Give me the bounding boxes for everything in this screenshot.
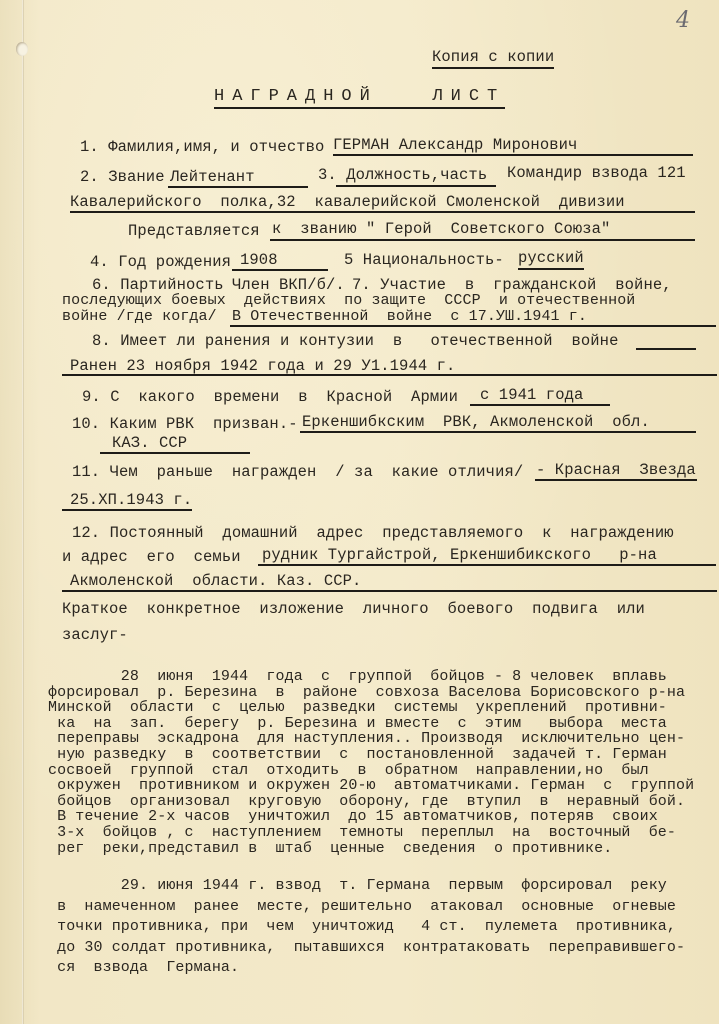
field-5-label: 5 Национальность- [344, 251, 504, 269]
field-12-value-line2: Акмоленской области. Каз. ССР. [70, 572, 361, 590]
document-title: НАГРАДНОЙ ЛИСТ [214, 88, 505, 109]
field-10-label: 10. Каким РВК призван.- [72, 415, 298, 433]
narrative-line: 28 июня 1944 года с группой бойцов - 8 ч… [48, 668, 667, 685]
field-2-label: 2. Звание [80, 168, 165, 186]
field-9-value: с 1941 года [480, 386, 583, 404]
field-12-rule [258, 564, 716, 566]
narrative-line: В течение 2-х часов уничтожил до 15 авто… [48, 808, 658, 825]
field-7-label-line2: последующих боевых действиях по защите С… [62, 292, 635, 309]
field-3-value-line1: Командир взвода 121 [507, 164, 686, 182]
punch-hole [16, 42, 28, 56]
field-10-rule [300, 431, 696, 433]
narrative-line: 3-х бойцов , с наступлением темноты пере… [48, 824, 676, 841]
field-7-value: В Отечественной войне с 17.УШ.1941 г. [232, 308, 587, 325]
narrative-line: в намеченном ранее месте, решительно ата… [48, 898, 676, 915]
narrative-line: точки противника, при чем уничтожид 4 ст… [48, 918, 676, 935]
field-7-label-line3: войне /где когда/ [62, 308, 217, 325]
nomination-rule [270, 239, 695, 241]
field-10-value-line1: Еркеншибкским РВК, Акмоленской обл. [302, 413, 650, 431]
field-11-rule-2 [62, 509, 192, 511]
narrative-line: ную разведку в соответствии с постановле… [48, 746, 667, 763]
field-12-label-line1: 12. Постоянный домашний адрес представля… [72, 524, 674, 542]
narrative-line: бойцов организовал круговую оборону, где… [48, 793, 685, 810]
field-4-rule [232, 269, 328, 271]
field-4-label: 4. Год рождения [90, 253, 231, 271]
field-1-label: 1. Фамилия,имя, и отчество [80, 138, 324, 156]
field-3-value-line2: Кавалерийского полка,32 кавалерийской См… [70, 193, 625, 211]
narrative-line: до 30 солдат противника, пытавшихся конт… [48, 939, 685, 956]
field-3-rule [336, 185, 496, 187]
narrative-line: форсировал р. Березина в районе совхоза … [48, 684, 685, 701]
field-12-value-line1: рудник Тургайстрой, Еркеншибикского р-на [262, 546, 657, 564]
narrative-line: ся взвода Германа. [48, 959, 239, 976]
narrative-line: окружен противником и окружен 20-ю автом… [48, 777, 694, 794]
field-8-rule-short [636, 348, 696, 350]
field-12-label-line2: и адрес его семьи [62, 548, 241, 566]
narrative-line: Минской области с целью разведки системы… [48, 699, 667, 716]
page-fold [22, 0, 24, 1024]
copy-note: Копия с копии [432, 48, 554, 69]
page-number: 4 [676, 8, 690, 33]
field-10-rule-2 [100, 452, 250, 454]
field-12-rule-2 [62, 590, 717, 592]
narrative-line: переправы эскадрона для наступления.. Пр… [48, 730, 685, 747]
nomination-label: Представляется [128, 222, 260, 240]
summary-heading-line1: Краткое конкретное изложение личного бое… [62, 600, 645, 618]
narrative-line: рег реки,представил в штаб ценные сведен… [48, 840, 612, 857]
narrative-line: 29. июня 1944 г. взвод т. Германа первым… [48, 877, 667, 894]
field-4-value: 1908 [240, 251, 278, 269]
summary-heading-line2: заслуг- [62, 626, 128, 644]
field-8-label: 8. Имеет ли ранения и контузии в отечест… [92, 332, 618, 350]
narrative-line: сосвоей группой стал отходить в обратном… [48, 762, 649, 779]
field-11-label: 11. Чем раньше награжден / за какие отли… [72, 463, 523, 481]
field-3-label: 3. Должность,часть [318, 166, 487, 184]
field-9-label: 9. С какого времени в Красной Армии [82, 388, 458, 406]
field-7-rule [230, 325, 716, 327]
narrative-line: ка на зап. берегу р. Березина и вместе с… [48, 715, 667, 732]
field-2-value: Лейтенант [170, 168, 255, 186]
field-11-value-line1: - Красная Звезда [536, 461, 696, 479]
field-8-rule [62, 374, 717, 376]
field-11-value-line2: 25.ХП.1943 г. [70, 491, 192, 509]
field-9-rule [470, 404, 610, 406]
field-8-value: Ранен 23 ноября 1942 года и 29 У1.1944 г… [70, 357, 455, 375]
field-1-rule [333, 154, 693, 156]
field-2-rule [168, 186, 308, 188]
field-1-value: ГЕРМАН Александр Миронович [333, 136, 577, 154]
field-5-value: русский [518, 249, 584, 270]
field-10-value-line2: КАЗ. ССР [112, 434, 187, 452]
field-11-rule [535, 479, 697, 481]
nomination-value: к званию " Герой Советского Союза" [272, 220, 610, 238]
field-3-rule-2 [70, 211, 695, 213]
